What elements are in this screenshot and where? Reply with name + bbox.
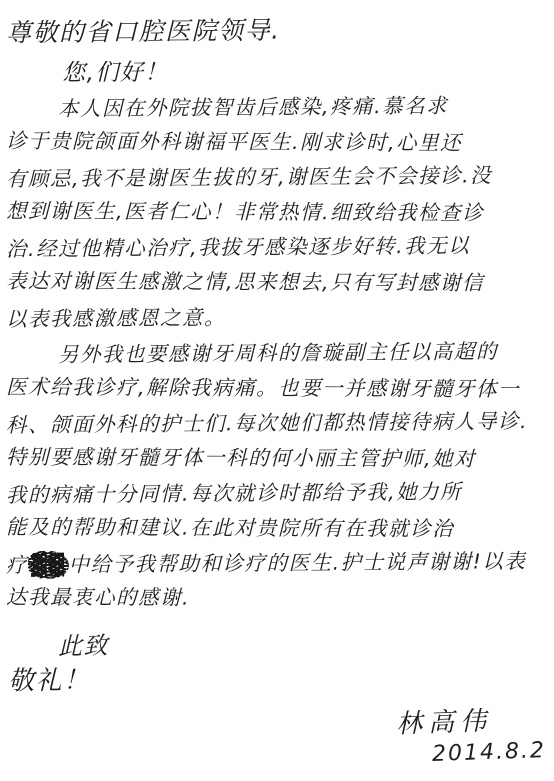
salutation: 尊敬的省口腔医院领导. [6,11,281,50]
letter-line: 治.经过他精心治疗,我拔牙感染逐步好转.我无以 [6,228,550,267]
letter-line: 特别要感谢牙髓牙体一科的何小丽主管护师,她对 [6,440,550,477]
letter-line: 想到谢医生,医者仁心！非常热情.细致给我检查诊 [6,194,550,231]
letter-line: 以表我感激感恩之意。 [6,298,550,337]
closing-cizhi: 此致 [58,626,110,662]
greeting: 您,们好！ [62,54,169,88]
letter-line: 另外我也要感谢牙周科的詹璇副主任以高超的 [6,334,550,373]
paragraph-2: 另外我也要感谢牙周科的詹璇副主任以高超的 医术给我诊疗,解除我病痛。也要一并感谢… [6,336,550,616]
line-text-after-scribble: 中给予我帮助和诊疗的医生.护士说声谢谢!以表 [68,549,526,577]
letter-line: 能及的帮助和建议.在此对贵院所有在我就诊治 [6,510,550,547]
signature-name: 林高伟 [395,700,492,740]
crossed-out-scribble: ▓▓ [29,548,68,583]
letter-line-with-correction: 疗▓▓中给予我帮助和诊疗的医生.护士说声谢谢!以表 [6,544,550,583]
letter-line: 本人因在外院拔智齿后感染,疼痛.慕名求 [6,88,550,127]
letter-line: 诊于贵院颌面外科谢福平医生.刚求诊时,心里还 [6,124,550,161]
signature-date: 2014.8.2 [432,738,547,767]
letter-line: 医术给我诊疗,解除我病痛。也要一并感谢牙髓牙体一 [6,370,550,407]
paragraph-1: 本人因在外院拔智齿后感染,疼痛.慕名求 诊于贵院颌面外科谢福平医生.刚求诊时,心… [6,90,550,335]
closing-jingli: 敬礼！ [8,660,91,698]
letter-line: 有顾忌,我不是谢医生拔的牙,谢医生会不会接诊.没 [6,158,550,197]
letter-line: 科、颌面外科的护士们.每次她们都热情接待病人导诊. [6,404,550,443]
letter-line: 达我最衷心的感谢. [6,580,550,617]
letter-line: 表达对谢医生感激之情,思来想去,只有写封感谢信 [6,264,550,301]
line-text-before-scribble: 疗 [6,553,28,577]
letter-page: 尊敬的省口腔医院领导. 您,们好！ 本人因在外院拔智齿后感染,疼痛.慕名求 诊于… [0,0,554,781]
letter-line: 我的病痛十分同情.每次就诊时都给予我,她力所 [6,474,550,513]
